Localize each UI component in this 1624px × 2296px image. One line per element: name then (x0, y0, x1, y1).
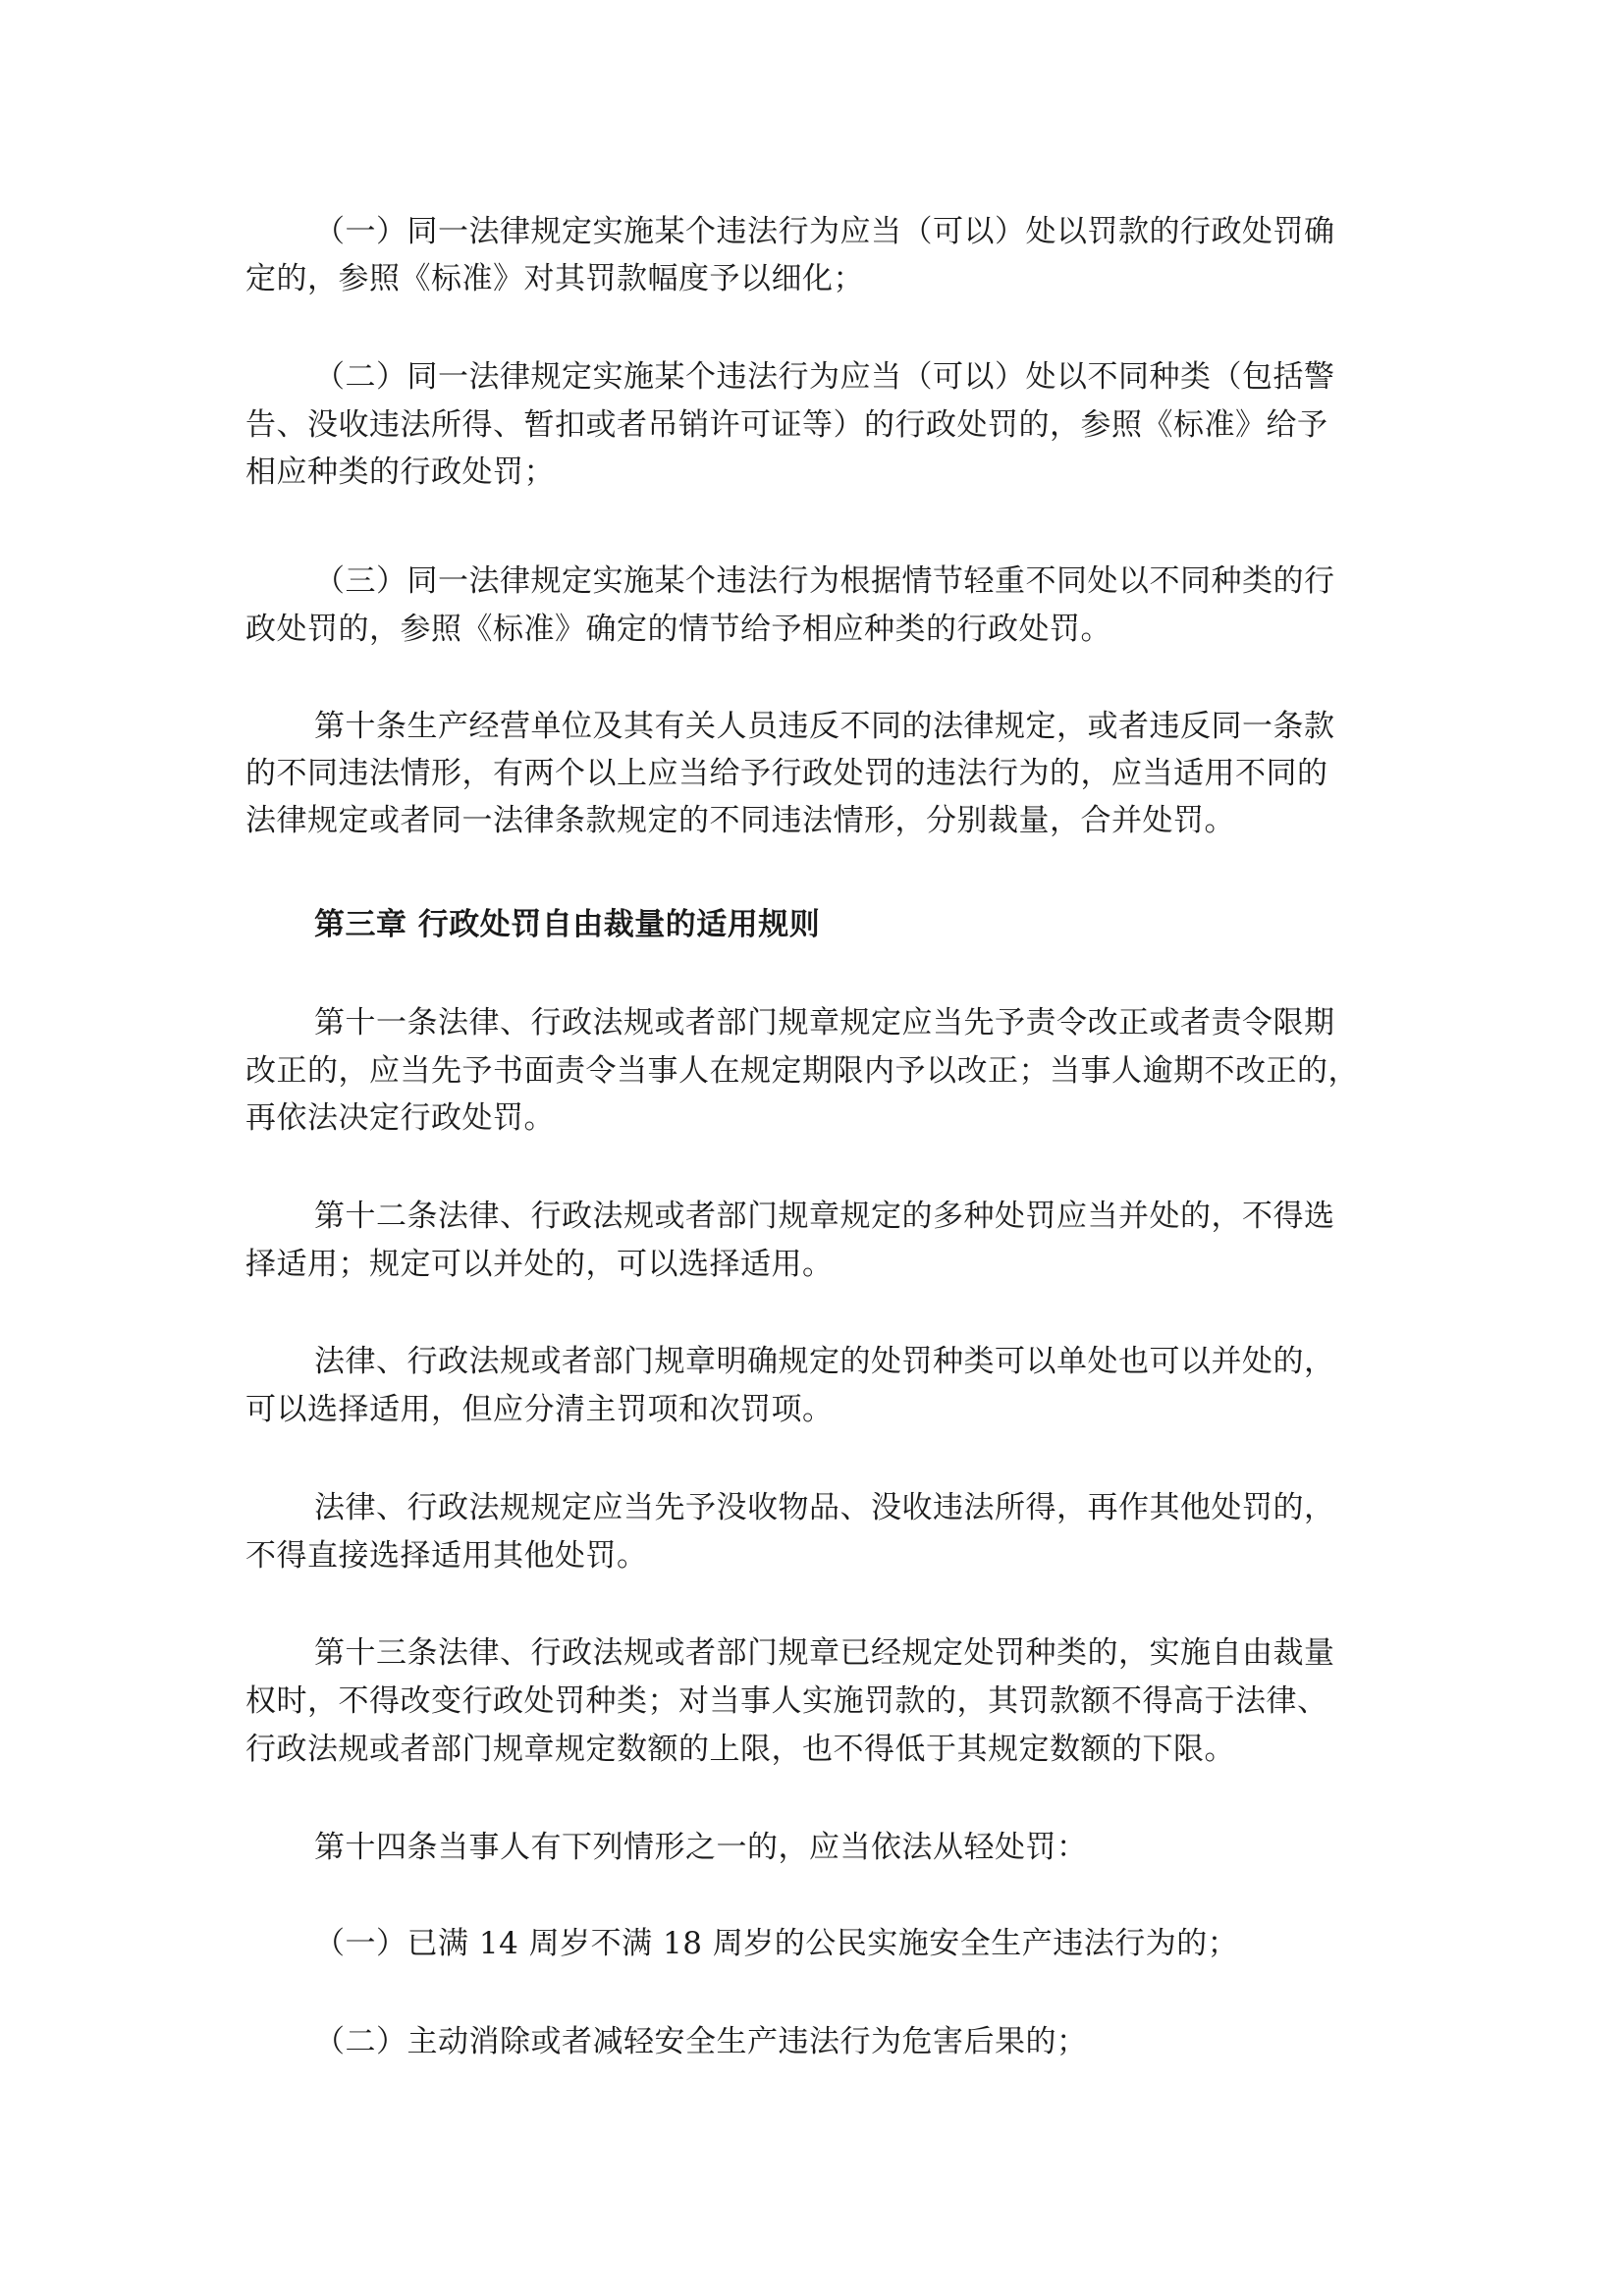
text-line: 权时，不得改变行政处罚种类；对当事人实施罚款的，其罚款额不得高于法律、 (245, 1682, 1328, 1721)
text-line: 第十条生产经营单位及其有关人员违反不同的法律规定，或者违反同一条款 (314, 707, 1335, 746)
text-line: 再依法决定行政处罚。 (245, 1098, 555, 1138)
text-line: 告、没收违法所得、暂扣或者吊销许可证等）的行政处罚的，参照《标准》给予 (245, 405, 1328, 445)
text-line: 定的，参照《标准》对其罚款幅度予以细化； (245, 259, 864, 298)
text-line: 不得直接选择适用其他处罚。 (245, 1536, 648, 1575)
text-line: 择适用；规定可以并处的，可以选择适用。 (245, 1245, 834, 1284)
text-line: 法律、行政法规规定应当先予没收物品、没收违法所得，再作其他处罚的， (314, 1488, 1335, 1527)
text-line: （一）已满 14 周岁不满 18 周岁的公民实施安全生产违法行为的； (314, 1924, 1238, 1963)
text-line: 法律、行政法规或者部门规章明确规定的处罚种类可以单处也可以并处的， (314, 1342, 1335, 1381)
text-line: 可以选择适用，但应分清主罚项和次罚项。 (245, 1390, 834, 1429)
text-line: （一）同一法律规定实施某个违法行为应当（可以）处以罚款的行政处罚确 (314, 212, 1335, 251)
text-line: 第十一条法律、行政法规或者部门规章规定应当先予责令改正或者责令限期 (314, 1003, 1335, 1042)
chapter-3-title: 第三章 行政处罚自由裁量的适用规则 (314, 905, 820, 944)
text-line: 政处罚的，参照《标准》确定的情节给予相应种类的行政处罚。 (245, 610, 1111, 649)
text-line: 第十四条当事人有下列情形之一的，应当依法从轻处罚： (314, 1828, 1088, 1867)
text-line: 第十三条法律、行政法规或者部门规章已经规定处罚种类的，实施自由裁量 (314, 1633, 1335, 1673)
text-line: 改正的，应当先予书面责令当事人在规定期限内予以改正；当事人逾期不改正的， (245, 1051, 1359, 1091)
text-line: 法律规定或者同一法律条款规定的不同违法情形，分别裁量，合并处罚。 (245, 801, 1235, 840)
text-line: （二）同一法律规定实施某个违法行为应当（可以）处以不同种类（包括警 (314, 357, 1335, 397)
text-line: （二）主动消除或者减轻安全生产违法行为危害后果的； (314, 2022, 1088, 2061)
text-line: （三）同一法律规定实施某个违法行为根据情节轻重不同处以不同种类的行 (314, 561, 1335, 601)
text-line: 行政法规或者部门规章规定数额的上限，也不得低于其规定数额的下限。 (245, 1730, 1235, 1769)
document-page: （一）同一法律规定实施某个违法行为应当（可以）处以罚款的行政处罚确 定的，参照《… (0, 0, 1624, 2296)
text-line: 第十二条法律、行政法规或者部门规章规定的多种处罚应当并处的，不得选 (314, 1197, 1335, 1236)
text-line: 相应种类的行政处罚； (245, 453, 555, 492)
text-line: 的不同违法情形，有两个以上应当给予行政处罚的违法行为的，应当适用不同的 (245, 754, 1328, 793)
